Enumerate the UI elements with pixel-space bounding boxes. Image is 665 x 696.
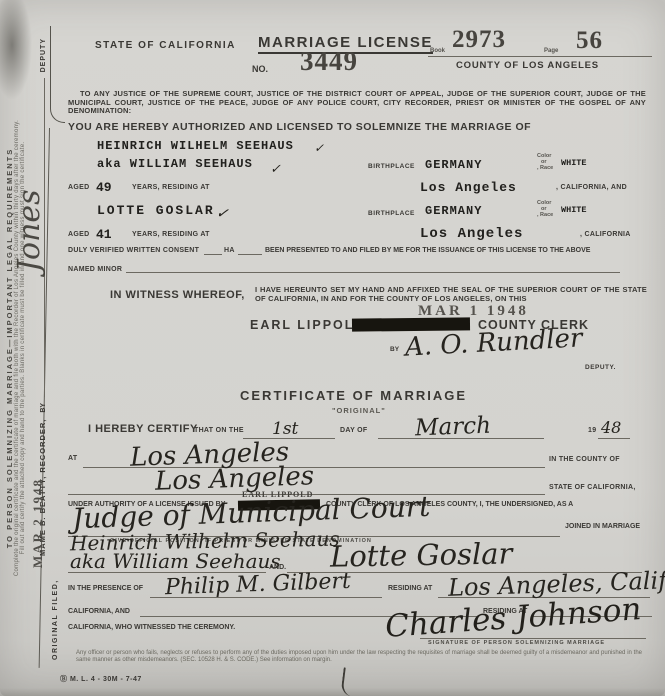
addressee-paragraph: TO ANY JUSTICE OF THE SUPREME COURT, JUS… xyxy=(68,90,646,116)
named-minor-label: NAMED MINOR xyxy=(68,266,122,273)
authorization-line: YOU ARE HEREBY AUTHORIZED AND LICENSED T… xyxy=(68,121,531,133)
book-number: 2973 xyxy=(452,26,506,54)
california-and-label: CALIFORNIA, AND xyxy=(68,608,130,615)
checkmark-icon: ✓ xyxy=(314,141,324,155)
groom-state-suffix: , CALIFORNIA, AND xyxy=(556,184,627,191)
day-value: 1st xyxy=(272,419,298,439)
groom-age: 49 xyxy=(96,180,112,195)
ceremony-witness-name: Philip M. Gilbert xyxy=(165,569,352,600)
witness-statement: I HAVE HEREUNTO SET MY HAND AND AFFIXED … xyxy=(255,285,647,303)
groom-name: HEINRICH WILHELM SEEHAUS xyxy=(97,139,294,153)
license-no-label: NO. xyxy=(252,64,268,74)
year-rule xyxy=(598,438,630,439)
bride-name: LOTTE GOSLAR xyxy=(97,203,215,218)
deputy-clerk-label: DEPUTY. xyxy=(585,364,616,371)
bride-age: 41 xyxy=(96,227,112,242)
presence-label: IN THE PRESENCE OF xyxy=(68,585,143,592)
bride-residing-label: YEARS, RESIDING AT xyxy=(132,231,210,238)
groom-color: WHITE xyxy=(561,158,587,168)
consent-post: BEEN PRESENTED TO AND FILED BY ME FOR TH… xyxy=(265,247,590,254)
form-code: Ⓑ M. L. 4 - 30M - 7-47 xyxy=(60,674,142,684)
day-of-label: DAY OF xyxy=(340,427,367,434)
county-header-label: COUNTY OF LOS ANGELES xyxy=(456,60,599,71)
year-prefix: 19 xyxy=(588,427,596,434)
original-filed-label: ORIGINAL FILED, xyxy=(52,550,59,660)
named-minor-rule xyxy=(126,272,620,273)
and-label: AND. xyxy=(269,564,286,571)
bride-birthplace: GERMANY xyxy=(425,204,482,218)
bride-residence: Los Angeles xyxy=(420,226,523,242)
margin-deputy-signature: Jones xyxy=(12,92,47,272)
marriage-license-document: TO PERSON SOLEMNIZING MARRIAGE—IMPORTANT… xyxy=(0,0,665,696)
groom-written-name-2: aka William Seehaus xyxy=(70,549,281,573)
consent-ha: HA xyxy=(224,247,235,254)
bride-state-suffix: , CALIFORNIA xyxy=(580,231,631,238)
book-page-rule xyxy=(428,56,652,57)
certificate-title: CERTIFICATE OF MARRIAGE xyxy=(240,388,467,403)
year-value: 48 xyxy=(601,418,621,437)
margin-rule-hook xyxy=(50,26,65,123)
groom-residing-label: YEARS, RESIDING AT xyxy=(132,184,210,191)
certify-label: I HEREBY CERTIFY xyxy=(88,423,198,435)
color-label-3: , Race xyxy=(537,212,553,218)
recorder-by-label: BY xyxy=(40,403,47,413)
groom-birthplace: GERMANY xyxy=(425,158,482,172)
checkmark-icon: ✓ xyxy=(270,162,281,177)
in-witness-label: IN WITNESS WHEREOF, xyxy=(110,289,245,301)
book-label: Book xyxy=(430,48,445,54)
at-label: AT xyxy=(68,455,77,462)
solemnizer-signature-rule xyxy=(420,638,646,639)
groom-residence: Los Angeles xyxy=(420,180,517,195)
witnessed-line: CALIFORNIA, WHO WITNESSED THE CEREMONY. xyxy=(68,624,235,631)
recorder-deputy-label: DEPUTY xyxy=(40,38,47,72)
joined-label: JOINED IN MARRIAGE xyxy=(565,523,640,530)
page-label: Page xyxy=(544,48,558,54)
groom-color-race-label: Color or , Race xyxy=(537,153,553,171)
license-number: 3449 xyxy=(300,46,358,77)
consent-rule-2 xyxy=(238,254,262,255)
month-value: March xyxy=(415,413,492,442)
bride-written-name: Lotte Goslar xyxy=(330,536,513,573)
scan-edge-bottom xyxy=(0,688,665,696)
checkmark-icon: ✓ xyxy=(215,203,230,223)
color-label-3: , Race xyxy=(537,165,553,171)
state-of-california-label: STATE OF CALIFORNIA, xyxy=(549,484,636,491)
bride-aged-label: AGED xyxy=(68,231,89,238)
filed-date-stamp: MAR 2 1948 xyxy=(30,456,46,568)
residing-label-1: RESIDING AT xyxy=(388,585,432,592)
groom-aged-label: AGED xyxy=(68,184,89,191)
consent-pre: DULY VERIFIED WRITTEN CONSENT xyxy=(68,247,199,254)
signature-caption: SIGNATURE OF PERSON SOLEMNIZING MARRIAGE xyxy=(428,640,605,646)
page-number: 56 xyxy=(576,27,603,55)
state-label: STATE OF CALIFORNIA xyxy=(95,40,236,51)
consent-rule-1 xyxy=(204,254,222,255)
clerk-by-label: BY xyxy=(390,346,399,353)
in-county-label: IN THE COUNTY OF xyxy=(549,456,620,463)
bride-color: WHITE xyxy=(561,205,587,215)
bride-color-race-label: Color or , Race xyxy=(537,200,553,218)
certificate-subtitle: "ORIGINAL" xyxy=(332,406,386,415)
solemnizer-signature: Charles Johnson xyxy=(384,591,642,645)
bride-birthplace-label: BIRTHPLACE xyxy=(368,210,415,217)
groom-aka: aka WILLIAM SEEHAUS xyxy=(97,157,253,171)
that-on-the-label: THAT ON THE xyxy=(194,427,244,434)
footer-fine-print: Any officer or person who fails, neglect… xyxy=(76,650,642,664)
groom-birthplace-label: BIRTHPLACE xyxy=(368,163,415,170)
